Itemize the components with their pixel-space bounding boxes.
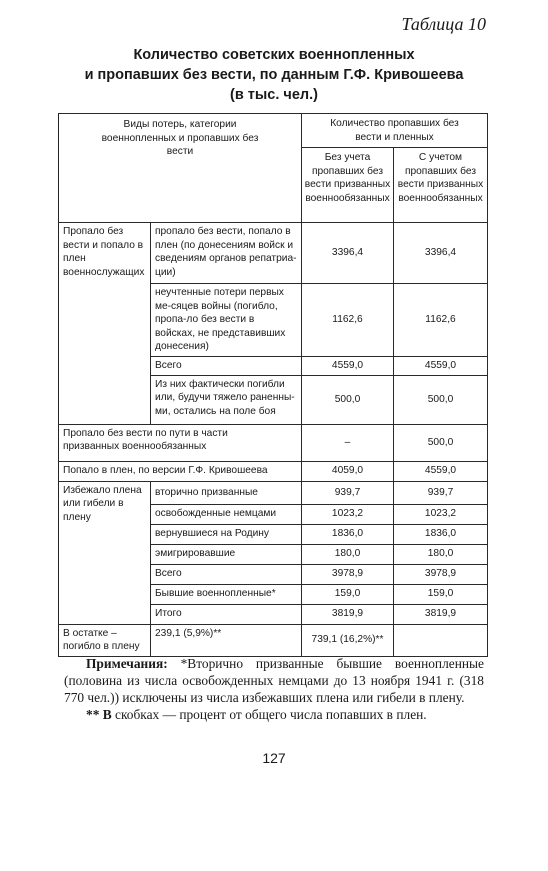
value-with: 500,0 [394, 424, 488, 461]
value-without: – [302, 424, 394, 461]
header-count-group: Количество пропавших без вести и пленных [302, 114, 488, 148]
table-number-label: Таблица 10 [401, 14, 486, 35]
value-with: 3819,9 [394, 604, 488, 624]
group-label-missing-captured: Пропало без вести и попало в плен военно… [59, 223, 151, 425]
value-without: 3819,9 [302, 604, 394, 624]
pow-statistics-table: Виды потерь, категории военнопленных и п… [58, 113, 488, 657]
table-title: Количество советских военнопленных и про… [0, 45, 548, 105]
value-without: 4559,0 [302, 356, 394, 375]
value-with: 1162,6 [394, 284, 488, 357]
value-without: 1023,2 [302, 504, 394, 524]
row-label: Бывшие военнопленные* [151, 584, 302, 604]
value-without: 4059,0 [302, 461, 394, 481]
value-with: 3978,9 [394, 564, 488, 584]
value-without: 1162,6 [302, 284, 394, 357]
table-row: Попало в плен, по версии Г.Ф. Кривошеева… [59, 461, 488, 481]
value-without: 939,7 [302, 481, 394, 504]
title-line-1: Количество советских военнопленных [0, 45, 548, 65]
value-without: 1836,0 [302, 524, 394, 544]
page-number: 127 [0, 750, 548, 766]
group-label-avoided-captivity: Избежало плена или гибели в плену [59, 481, 151, 624]
title-line-2: и пропавших без вести, по данным Г.Ф. Кр… [0, 65, 548, 85]
row-label: эмигрировавшие [151, 544, 302, 564]
row-label: Попало в плен, по версии Г.Ф. Кривошеева [59, 461, 302, 481]
value-with: 180,0 [394, 544, 488, 564]
value-with: 3396,4 [394, 223, 488, 284]
table-row: Пропало без вести по пути в части призва… [59, 424, 488, 461]
notes-heading: Примечания: [86, 656, 168, 671]
title-line-3: (в тыс. чел.) [0, 85, 548, 105]
row-label: вернувшиеся на Родину [151, 524, 302, 544]
empty-cell [394, 624, 488, 656]
value-without: 159,0 [302, 584, 394, 604]
value-without: 239,1 (5,9%)** [151, 624, 302, 656]
value-with: 4559,0 [394, 356, 488, 375]
row-label: В остатке – погибло в плену [59, 624, 151, 656]
row-label: освобожденные немцами [151, 504, 302, 524]
table-row: Пропало без вести и попало в плен военно… [59, 223, 488, 284]
table-row: В остатке – погибло в плену 239,1 (5,9%)… [59, 624, 488, 656]
value-with: 1836,0 [394, 524, 488, 544]
row-label: Пропало без вести по пути в части призва… [59, 424, 302, 461]
value-with: 1023,2 [394, 504, 488, 524]
row-label: вторично призванные [151, 481, 302, 504]
header-categories: Виды потерь, категории военнопленных и п… [59, 114, 302, 223]
footnote-2: ** В скобках — процент от общего числа п… [64, 706, 484, 723]
value-with: 500,0 [394, 375, 488, 424]
value-with: 4559,0 [394, 461, 488, 481]
value-without: 3978,9 [302, 564, 394, 584]
value-without: 3396,4 [302, 223, 394, 284]
header-col-without: Без учета пропавших без вести призванных… [302, 148, 394, 223]
header-col-with: С учетом пропавших без вести призванных … [394, 148, 488, 223]
value-with: 939,7 [394, 481, 488, 504]
row-label: Всего [151, 356, 302, 375]
footnote-2-marker: ** В [86, 707, 112, 722]
row-label: неучтенные потери первых ме-сяцев войны … [151, 284, 302, 357]
row-label: Итого [151, 604, 302, 624]
footnote-2-text: скобках — процент от общего числа попавш… [112, 707, 427, 722]
value-with: 159,0 [394, 584, 488, 604]
value-with: 739,1 (16,2%)** [302, 624, 394, 656]
value-without: 500,0 [302, 375, 394, 424]
row-label: пропало без вести, попало в плен (по дон… [151, 223, 302, 284]
row-label: Всего [151, 564, 302, 584]
table-row: Избежало плена или гибели в плену вторич… [59, 481, 488, 504]
row-label: Из них фактически погибли или, будучи тя… [151, 375, 302, 424]
footnotes: Примечания: *Вторично призванные бывшие … [64, 655, 484, 723]
footnote-1: Примечания: *Вторично призванные бывшие … [64, 655, 484, 706]
value-without: 180,0 [302, 544, 394, 564]
